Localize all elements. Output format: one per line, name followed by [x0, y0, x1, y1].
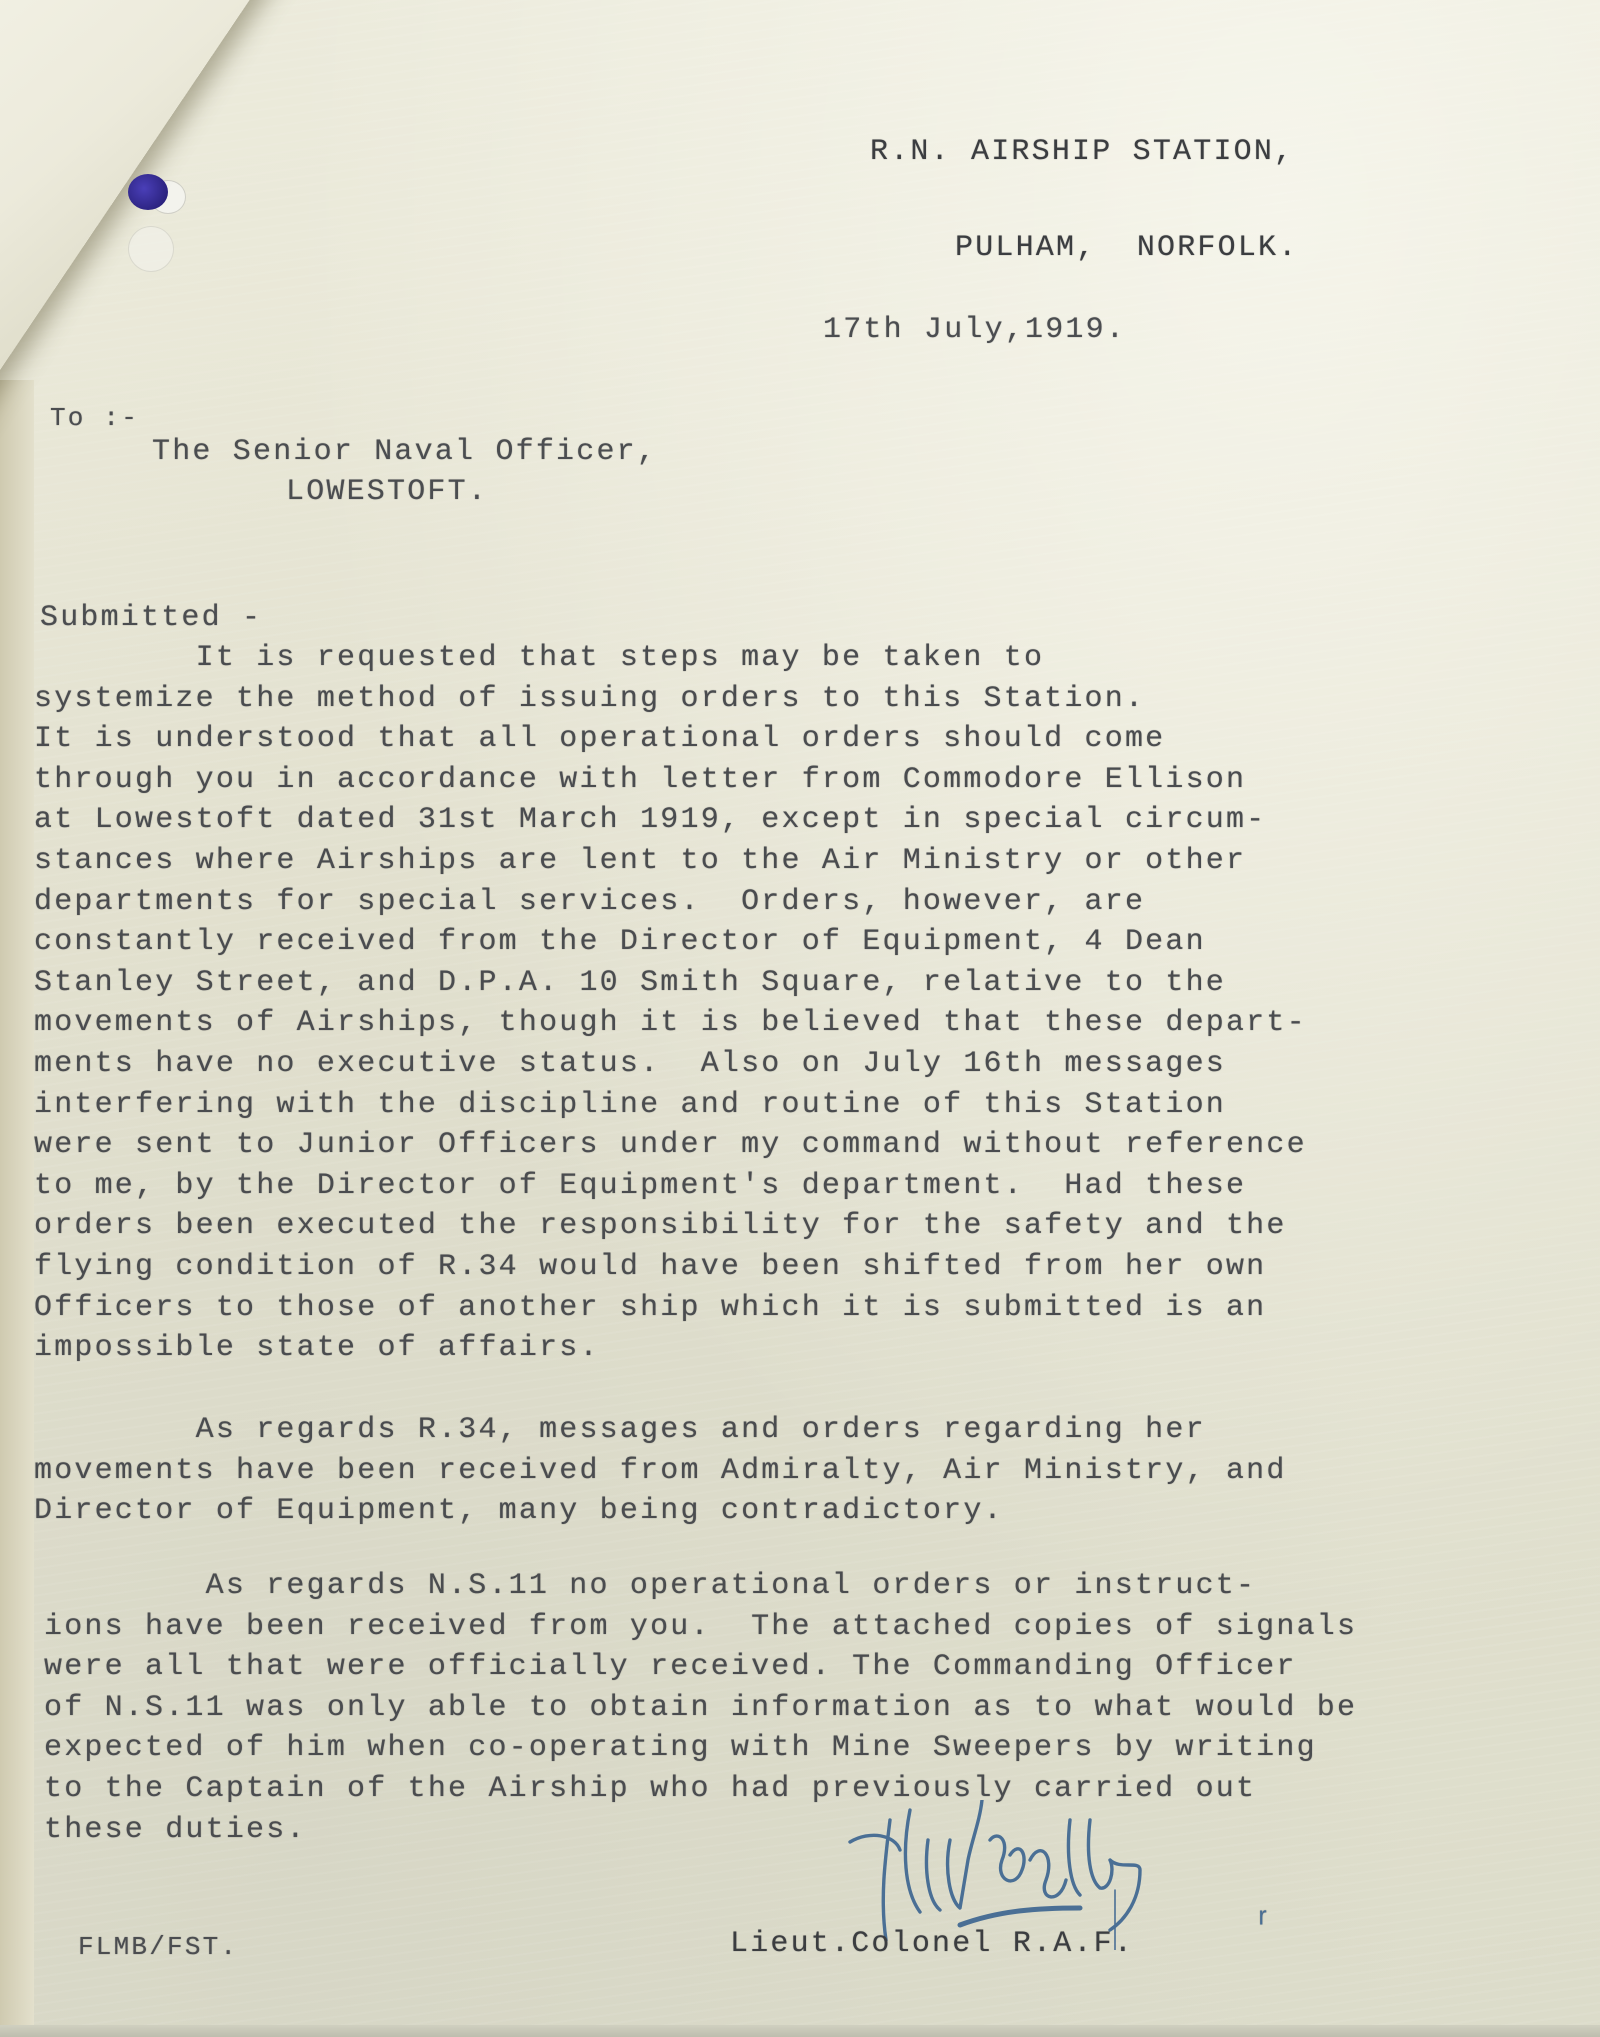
body-line: to the Captain of the Airship who had pr… [44, 1769, 1584, 1810]
salutation: Submitted - [40, 598, 262, 638]
paragraph-3: As regards N.S.11 no operational orders … [44, 1566, 1584, 1850]
body-line: of N.S.11 was only able to obtain inform… [44, 1688, 1584, 1729]
body-line: Director of Equipment, many being contra… [34, 1491, 1574, 1532]
body-line: Officers to those of another ship which … [34, 1288, 1574, 1329]
body-line: to me, by the Director of Equipment's de… [34, 1166, 1574, 1207]
body-line: systemize the method of issuing orders t… [34, 679, 1574, 720]
paragraph-2: As regards R.34, messages and orders reg… [34, 1410, 1574, 1532]
body-line: movements have been received from Admira… [34, 1451, 1574, 1492]
ink-tick-mark: ʳ [1252, 1904, 1276, 1944]
body-line: impossible state of affairs. [34, 1328, 1574, 1369]
page-bottom-edge [0, 2025, 1600, 2037]
page-left-edge [0, 380, 34, 2037]
letter-date: 17th July,1919. [823, 310, 1126, 350]
body-line: As regards R.34, messages and orders reg… [34, 1410, 1574, 1451]
recipient-place: LOWESTOFT. [286, 472, 488, 512]
signatory-rank: Lieut.Colonel R.A.F. [730, 1924, 1134, 1964]
body-line: constantly received from the Director of… [34, 922, 1574, 963]
body-line: orders been executed the responsibility … [34, 1206, 1574, 1247]
to-label: To :- [50, 398, 139, 438]
body-line: these duties. [44, 1810, 1584, 1851]
body-line: expected of him when co-operating with M… [44, 1728, 1584, 1769]
binder-tag-icon [128, 174, 168, 210]
body-line: It is understood that all operational or… [34, 719, 1574, 760]
body-line: It is requested that steps may be taken … [34, 638, 1574, 679]
body-line: departments for special services. Orders… [34, 882, 1574, 923]
body-line: stances where Airships are lent to the A… [34, 841, 1574, 882]
body-line: at Lowestoft dated 31st March 1919, exce… [34, 800, 1574, 841]
body-line: As regards N.S.11 no operational orders … [44, 1566, 1584, 1607]
station-location: PULHAM, NORFOLK. [955, 228, 1298, 268]
body-line: were sent to Junior Officers under my co… [34, 1125, 1574, 1166]
body-line: movements of Airships, though it is beli… [34, 1003, 1574, 1044]
body-line: through you in accordance with letter fr… [34, 760, 1574, 801]
body-line: ions have been received from you. The at… [44, 1607, 1584, 1648]
paragraph-1: It is requested that steps may be taken … [34, 638, 1574, 1369]
body-line: flying condition of R.34 would have been… [34, 1247, 1574, 1288]
body-line: were all that were officially received. … [44, 1647, 1584, 1688]
body-line: Stanley Street, and D.P.A. 10 Smith Squa… [34, 963, 1574, 1004]
body-line: interfering with the discipline and rout… [34, 1085, 1574, 1126]
body-line: ments have no executive status. Also on … [34, 1044, 1574, 1085]
station-name: R.N. AIRSHIP STATION, [870, 132, 1294, 172]
recipient-title: The Senior Naval Officer, [152, 432, 657, 472]
punch-hole [128, 226, 174, 272]
reference-initials: FLMB/FST. [78, 1927, 238, 1967]
